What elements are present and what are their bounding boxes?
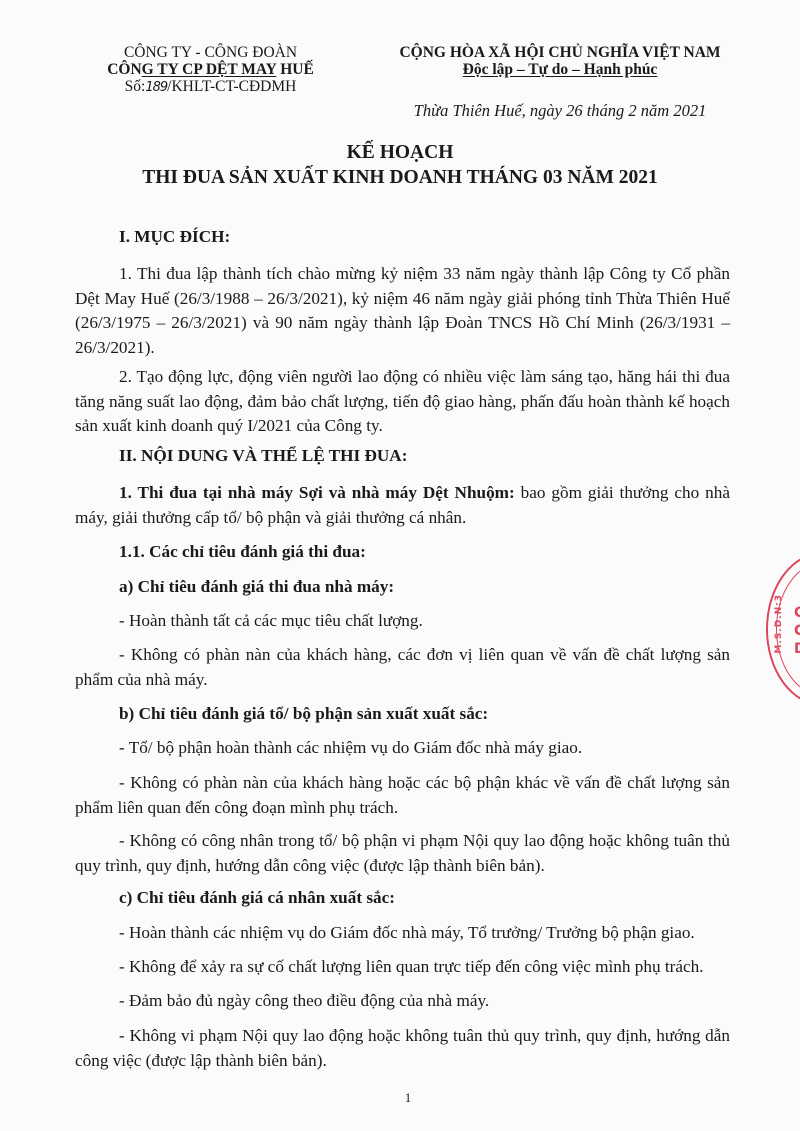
criteria-b-heading: b) Chỉ tiêu đánh giá tổ/ bộ phận sản xuấ… [75, 703, 774, 725]
country-name: CỘNG HÒA XÃ HỘI CHỦ NGHĨA VIỆT NAM [360, 44, 760, 61]
criteria-b-item: - Tổ/ bộ phận hoàn thành các nhiệm vụ do… [75, 737, 730, 759]
stamp-center-text: CCDỆ [794, 604, 800, 658]
stamp-ring-text: M.S.D.N:3 [774, 594, 784, 654]
section-2-paragraph-1: 1. Thi đua tại nhà máy Sợi và nhà máy Dệ… [75, 481, 730, 530]
criteria-c-item: - Đảm bảo đủ ngày công theo điều động củ… [75, 990, 730, 1012]
criteria-a-heading: a) Chỉ tiêu đánh giá thi đua nhà máy: [75, 576, 774, 598]
section-1-paragraph-1: 1. Thi đua lập thành tích chào mừng kỷ n… [75, 262, 730, 360]
subsection-1-1-heading: 1.1. Các chỉ tiêu đánh giá thi đua: [75, 541, 774, 563]
criteria-b-item: - Không có phàn nàn của khách hàng hoặc … [75, 771, 730, 820]
issue-date: Thừa Thiên Huế, ngày 26 tháng 2 năm 2021 [360, 101, 760, 121]
document-reference-number: Số:189/KHLT-CT-CĐDMH [88, 78, 333, 96]
criteria-c-heading: c) Chỉ tiêu đánh giá cá nhân xuất sắc: [75, 887, 774, 909]
section-1-heading: I. MỤC ĐÍCH: [75, 226, 774, 248]
national-header: CỘNG HÒA XÃ HỘI CHỦ NGHĨA VIỆT NAM Độc l… [360, 44, 760, 78]
section-1-paragraph-2: 2. Tạo động lực, động viên người lao độn… [75, 365, 730, 439]
criteria-a-item: - Hoàn thành tất cả các mục tiêu chất lư… [75, 610, 730, 632]
national-motto: Độc lập – Tự do – Hạnh phúc [360, 61, 760, 78]
issuer-block: CÔNG TY - CÔNG ĐOÀN CÔNG TY CP DỆT MAY H… [88, 44, 333, 96]
criteria-c-item: - Hoàn thành các nhiệm vụ do Giám đốc nh… [75, 922, 730, 944]
criteria-c-item: - Không để xảy ra sự cố chất lượng liên … [75, 956, 730, 978]
criteria-a-item: - Không có phàn nàn của khách hàng, các … [75, 643, 730, 692]
document-title: KẾ HOẠCH THI ĐUA SẢN XUẤT KINH DOANH THÁ… [0, 140, 800, 190]
handwritten-number: 189 [145, 80, 167, 95]
title-line1: KẾ HOẠCH [0, 140, 800, 165]
title-line2: THI ĐUA SẢN XUẤT KINH DOANH THÁNG 03 NĂM… [0, 165, 800, 190]
criteria-b-item: - Không có công nhân trong tổ/ bộ phận v… [75, 829, 730, 878]
document-page: CÔNG TY - CÔNG ĐOÀN CÔNG TY CP DỆT MAY H… [0, 0, 800, 1131]
section-2-heading: II. NỘI DUNG VÀ THỂ LỆ THI ĐUA: [75, 445, 774, 467]
issuer-line2: CÔNG TY CP DỆT MAY HUẾ [88, 61, 333, 78]
issuer-line1: CÔNG TY - CÔNG ĐOÀN [88, 44, 333, 61]
criteria-c-item: - Không vi phạm Nội quy lao động hoặc kh… [75, 1024, 730, 1073]
page-number: 1 [0, 1090, 800, 1106]
